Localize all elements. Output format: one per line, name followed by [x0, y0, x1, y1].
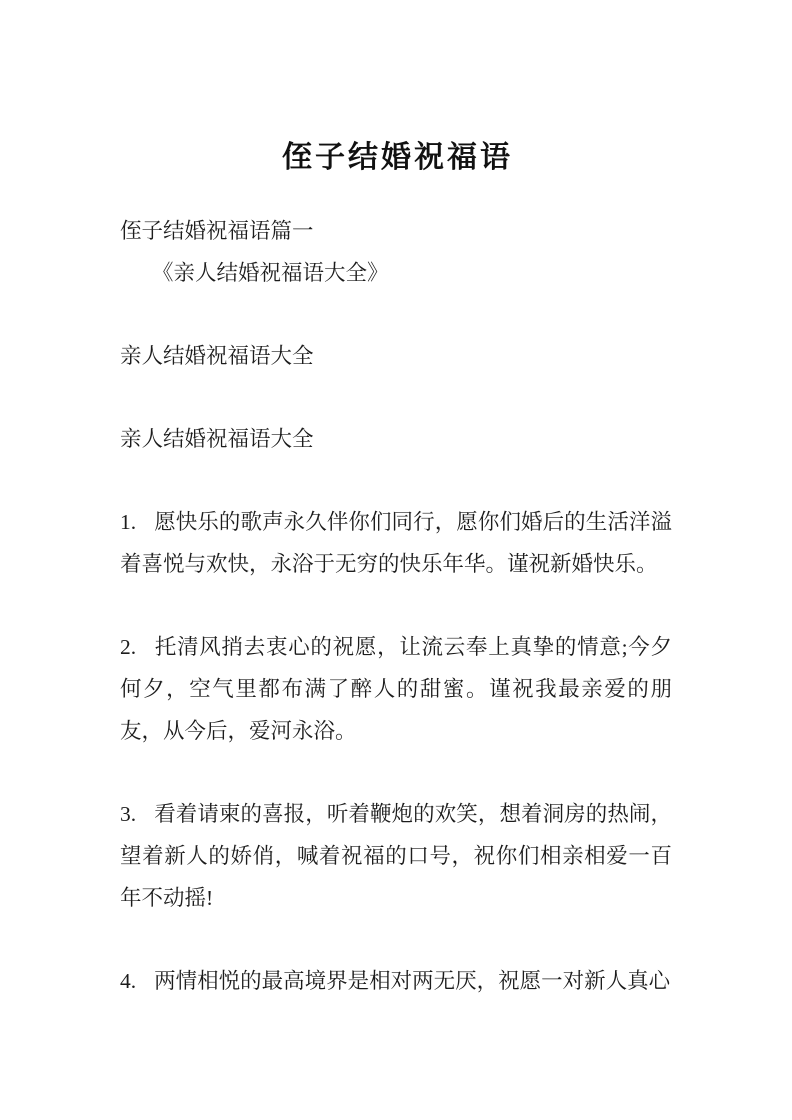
list-item-2: 2.托清风捎去衷心的祝愿，让流云奉上真挚的情意;今夕何夕，空气里都布满了醉人的甜…: [120, 626, 672, 752]
subheading-2: 亲人结婚祝福语大全: [120, 418, 672, 460]
list-item-3: 3.看着请柬的喜报，听着鞭炮的欢笑，想着洞房的热闹，望着新人的娇俏，喊着祝福的口…: [120, 793, 672, 919]
list-item-number: 4.: [120, 960, 136, 1002]
list-item-number: 2.: [120, 626, 136, 668]
document-page: 侄子结婚祝福语 侄子结婚祝福语篇一 《亲人结婚祝福语大全》 亲人结婚祝福语大全 …: [0, 0, 792, 1120]
list-item-text: 两情相悦的最高境界是相对两无厌，祝愿一对新人真心: [154, 969, 670, 993]
list-item-number: 3.: [120, 793, 136, 835]
list-item-text: 看着请柬的喜报，听着鞭炮的欢笑，想着洞房的热闹，望着新人的娇俏，喊着祝福的口号，…: [120, 802, 672, 910]
list-item-number: 1.: [120, 501, 136, 543]
intro-line-1: 侄子结婚祝福语篇一: [120, 210, 672, 252]
list-item-1: 1.愿快乐的歌声永久伴你们同行，愿你们婚后的生活洋溢着喜悦与欢快，永浴于无穷的快…: [120, 501, 672, 585]
list-item-text: 托清风捎去衷心的祝愿，让流云奉上真挚的情意;今夕何夕，空气里都布满了醉人的甜蜜。…: [120, 635, 672, 743]
list-item-4: 4.两情相悦的最高境界是相对两无厌，祝愿一对新人真心: [120, 960, 672, 1002]
intro-line-2: 《亲人结婚祝福语大全》: [120, 252, 672, 294]
subheading-1: 亲人结婚祝福语大全: [120, 335, 672, 377]
page-title: 侄子结婚祝福语: [120, 140, 672, 176]
list-item-text: 愿快乐的歌声永久伴你们同行，愿你们婚后的生活洋溢着喜悦与欢快，永浴于无穷的快乐年…: [120, 510, 672, 576]
